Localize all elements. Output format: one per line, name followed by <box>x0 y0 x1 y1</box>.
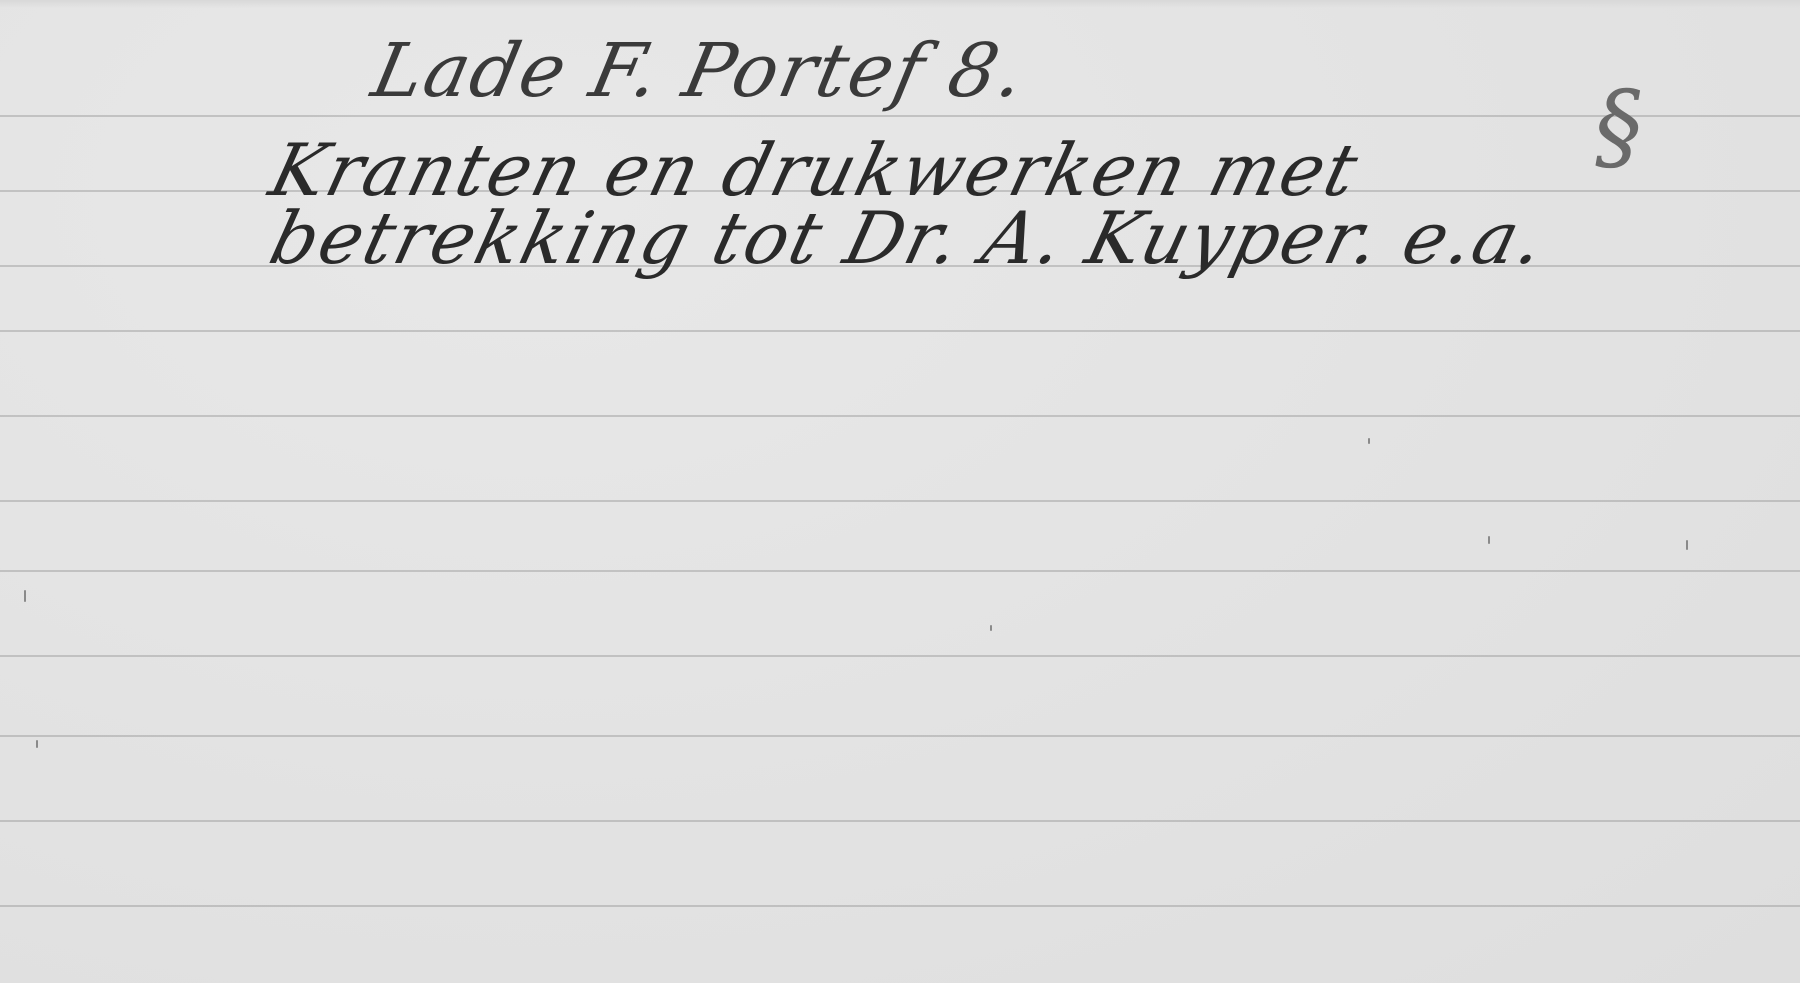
ruled-line <box>0 655 1800 657</box>
paper-speck <box>1686 540 1688 550</box>
ruled-line <box>0 330 1800 332</box>
paper-speck <box>1488 536 1490 544</box>
index-card: Lade F. Portef 8. Kranten en drukwerken … <box>0 0 1800 983</box>
ruled-line <box>0 820 1800 822</box>
paper-speck <box>24 590 26 602</box>
card-description-line-2: betrekking tot Dr. A. Kuyper. e.a. <box>262 196 1555 280</box>
paper-speck <box>1368 438 1370 444</box>
ruled-line <box>0 905 1800 907</box>
ruled-line <box>0 500 1800 502</box>
card-heading-location: Lade F. Portef 8. <box>365 28 1034 114</box>
paper-speck <box>36 740 38 748</box>
card-top-edge <box>0 0 1800 8</box>
ruled-line <box>0 115 1800 117</box>
paper-speck <box>990 625 992 631</box>
ruled-line <box>0 415 1800 417</box>
ruled-line <box>0 735 1800 737</box>
margin-section-mark: § <box>1585 70 1653 182</box>
ruled-line <box>0 570 1800 572</box>
